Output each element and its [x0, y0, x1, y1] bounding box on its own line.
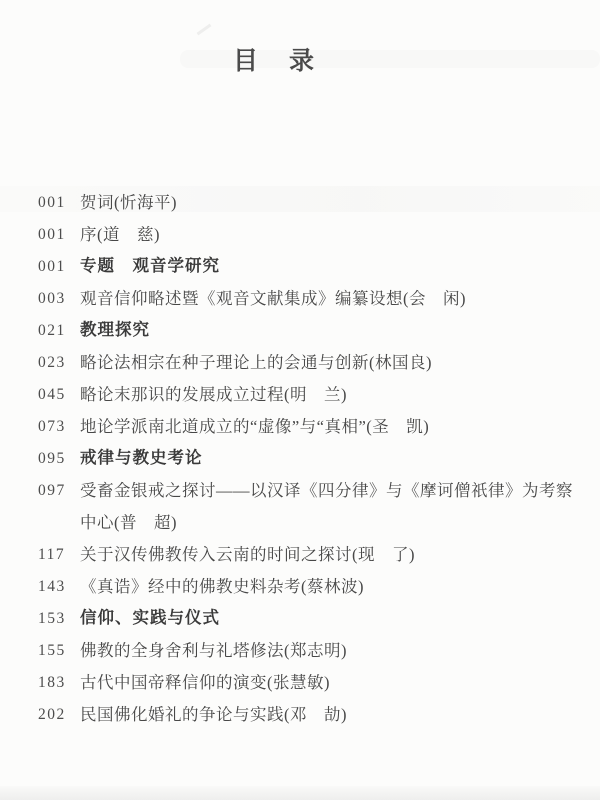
- section-title: 戒律与教史考论: [80, 450, 203, 467]
- entry-title: 观音信仰略述暨《观音文献集成》编纂设想(会 闲): [80, 290, 466, 307]
- page-number: 001: [38, 194, 80, 211]
- toc-entry: 183 古代中国帝释信仰的演变(张慧敏): [0, 674, 600, 691]
- toc-section-header: 021 教理探究: [0, 322, 600, 339]
- toc-entry: 155 佛教的全身舍利与礼塔修法(郑志明): [0, 642, 600, 659]
- page-number: 001: [38, 258, 80, 275]
- page-number: 155: [38, 642, 80, 659]
- page-number: 001: [38, 226, 80, 243]
- section-title: 信仰、实践与仪式: [80, 610, 220, 627]
- toc-section-header: 001 专题 观音学研究: [0, 258, 600, 275]
- toc-entry-continuation: 中心(普 超): [0, 514, 600, 531]
- table-of-contents: 001 贺词(忻海平) 001 序(道 慈) 001 专题 观音学研究 003 …: [0, 194, 600, 738]
- entry-title: 略论末那识的发展成立过程(明 兰): [80, 386, 347, 403]
- page-number: 097: [38, 482, 80, 499]
- entry-title: 序(道 慈): [80, 226, 160, 243]
- entry-title: 关于汉传佛教传入云南的时间之探讨(现 了): [80, 546, 415, 563]
- page-number: 003: [38, 290, 80, 307]
- page-number: 202: [38, 706, 80, 723]
- entry-title: 民国佛化婚礼的争论与实践(邓 劼): [80, 706, 347, 723]
- page-number: 183: [38, 674, 80, 691]
- toc-entry: 001 序(道 慈): [0, 226, 600, 243]
- entry-title: 佛教的全身舍利与礼塔修法(郑志明): [80, 642, 347, 659]
- page-number: 117: [38, 546, 80, 563]
- scan-shadow-bottom: [0, 786, 600, 800]
- page-number: 023: [38, 354, 80, 371]
- page-number: 045: [38, 386, 80, 403]
- page-number: 095: [38, 450, 80, 467]
- toc-entry: 023 略论法相宗在种子理论上的会通与创新(林国良): [0, 354, 600, 371]
- toc-entry: 045 略论末那识的发展成立过程(明 兰): [0, 386, 600, 403]
- entry-title: 古代中国帝释信仰的演变(张慧敏): [80, 674, 330, 691]
- section-title: 专题 观音学研究: [80, 258, 220, 275]
- entry-title: 《真诰》经中的佛教史料杂考(蔡林波): [80, 578, 364, 595]
- page-title: 目 录: [0, 41, 550, 77]
- toc-entry: 143 《真诰》经中的佛教史料杂考(蔡林波): [0, 578, 600, 595]
- toc-entry: 202 民国佛化婚礼的争论与实践(邓 劼): [0, 706, 600, 723]
- toc-section-header: 095 戒律与教史考论: [0, 450, 600, 467]
- page-number: 021: [38, 322, 80, 339]
- section-title: 教理探究: [80, 322, 150, 339]
- page-number: 143: [38, 578, 80, 595]
- entry-title: 略论法相宗在种子理论上的会通与创新(林国良): [80, 354, 432, 371]
- entry-title-continuation: 中心(普 超): [80, 514, 177, 531]
- scan-smudge: [197, 24, 212, 36]
- toc-entry: 117 关于汉传佛教传入云南的时间之探讨(现 了): [0, 546, 600, 563]
- toc-entry: 001 贺词(忻海平): [0, 194, 600, 211]
- toc-entry: 003 观音信仰略述暨《观音文献集成》编纂设想(会 闲): [0, 290, 600, 307]
- entry-title: 地论学派南北道成立的“虚像”与“真相”(圣 凯): [80, 418, 429, 435]
- toc-section-header: 153 信仰、实践与仪式: [0, 610, 600, 627]
- toc-entry: 073 地论学派南北道成立的“虚像”与“真相”(圣 凯): [0, 418, 600, 435]
- entry-title: 受畜金银戒之探讨——以汉译《四分律》与《摩诃僧祇律》为考察: [80, 482, 573, 499]
- page-number: 073: [38, 418, 80, 435]
- toc-entry: 097 受畜金银戒之探讨——以汉译《四分律》与《摩诃僧祇律》为考察: [0, 482, 600, 499]
- entry-title: 贺词(忻海平): [80, 194, 177, 211]
- page-number: 153: [38, 610, 80, 627]
